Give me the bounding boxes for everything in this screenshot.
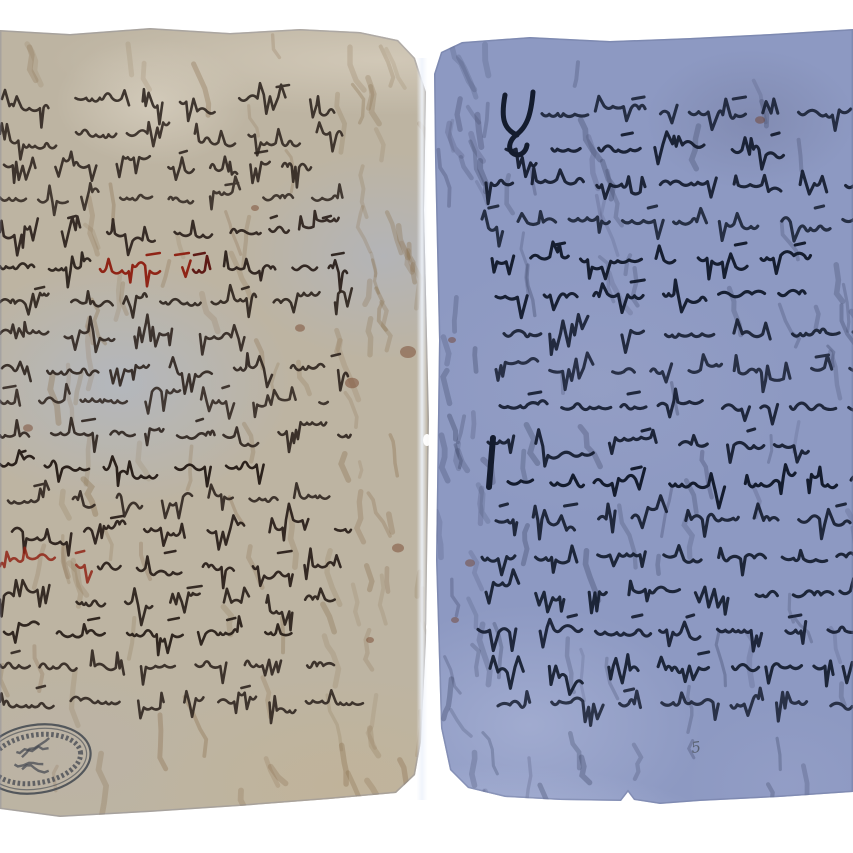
script-text-line: [0, 580, 335, 630]
manuscript-photo: 5: [0, 0, 853, 853]
binding-gutter-highlight: [417, 58, 433, 800]
right-page-edge: [434, 29, 853, 804]
script-text-line: [0, 177, 342, 215]
folio-number: 5: [690, 738, 702, 757]
large-initial-letter: [510, 92, 533, 155]
script-text-line: [490, 652, 852, 694]
script-text-line: [496, 496, 850, 539]
script-text-line: [8, 481, 329, 518]
gutter-glint: [423, 434, 431, 446]
large-initial-letter: [503, 95, 517, 135]
script-text-line: [496, 353, 853, 392]
script-text-line: [508, 465, 853, 508]
rubric-word: [100, 253, 191, 286]
tall-initial-stroke: [489, 438, 493, 487]
script-text-line: [482, 546, 853, 575]
script-text-line: [2, 353, 348, 393]
script-text-line: [506, 132, 784, 177]
script-text-line: [0, 651, 334, 685]
script-text-line: [486, 570, 853, 614]
script-text-line: [0, 253, 90, 288]
script-text-line: [498, 688, 852, 725]
library-stamp: [0, 717, 96, 801]
script-text-line: [4, 151, 311, 187]
gutter-glint: [426, 622, 432, 632]
script-text-line: [0, 686, 363, 723]
script-text-line: [0, 418, 351, 452]
script-text-line: [0, 315, 244, 355]
script-text-line: [496, 280, 805, 318]
script-text-line: [504, 314, 853, 354]
rubric-word: [193, 253, 210, 273]
script-text-line: [482, 206, 853, 246]
script-text-line: [0, 122, 342, 159]
script-text-line: [0, 211, 339, 255]
left-page-edge: [0, 28, 429, 817]
script-text-line: [492, 242, 811, 279]
script-text-line: [98, 549, 341, 588]
manuscript-overlay: 5: [0, 0, 853, 853]
script-text-line: [0, 285, 352, 317]
script-text-line: [486, 168, 853, 204]
script-text-line: [0, 450, 264, 486]
script-text-line: [2, 83, 334, 127]
script-text-line: [4, 616, 291, 655]
